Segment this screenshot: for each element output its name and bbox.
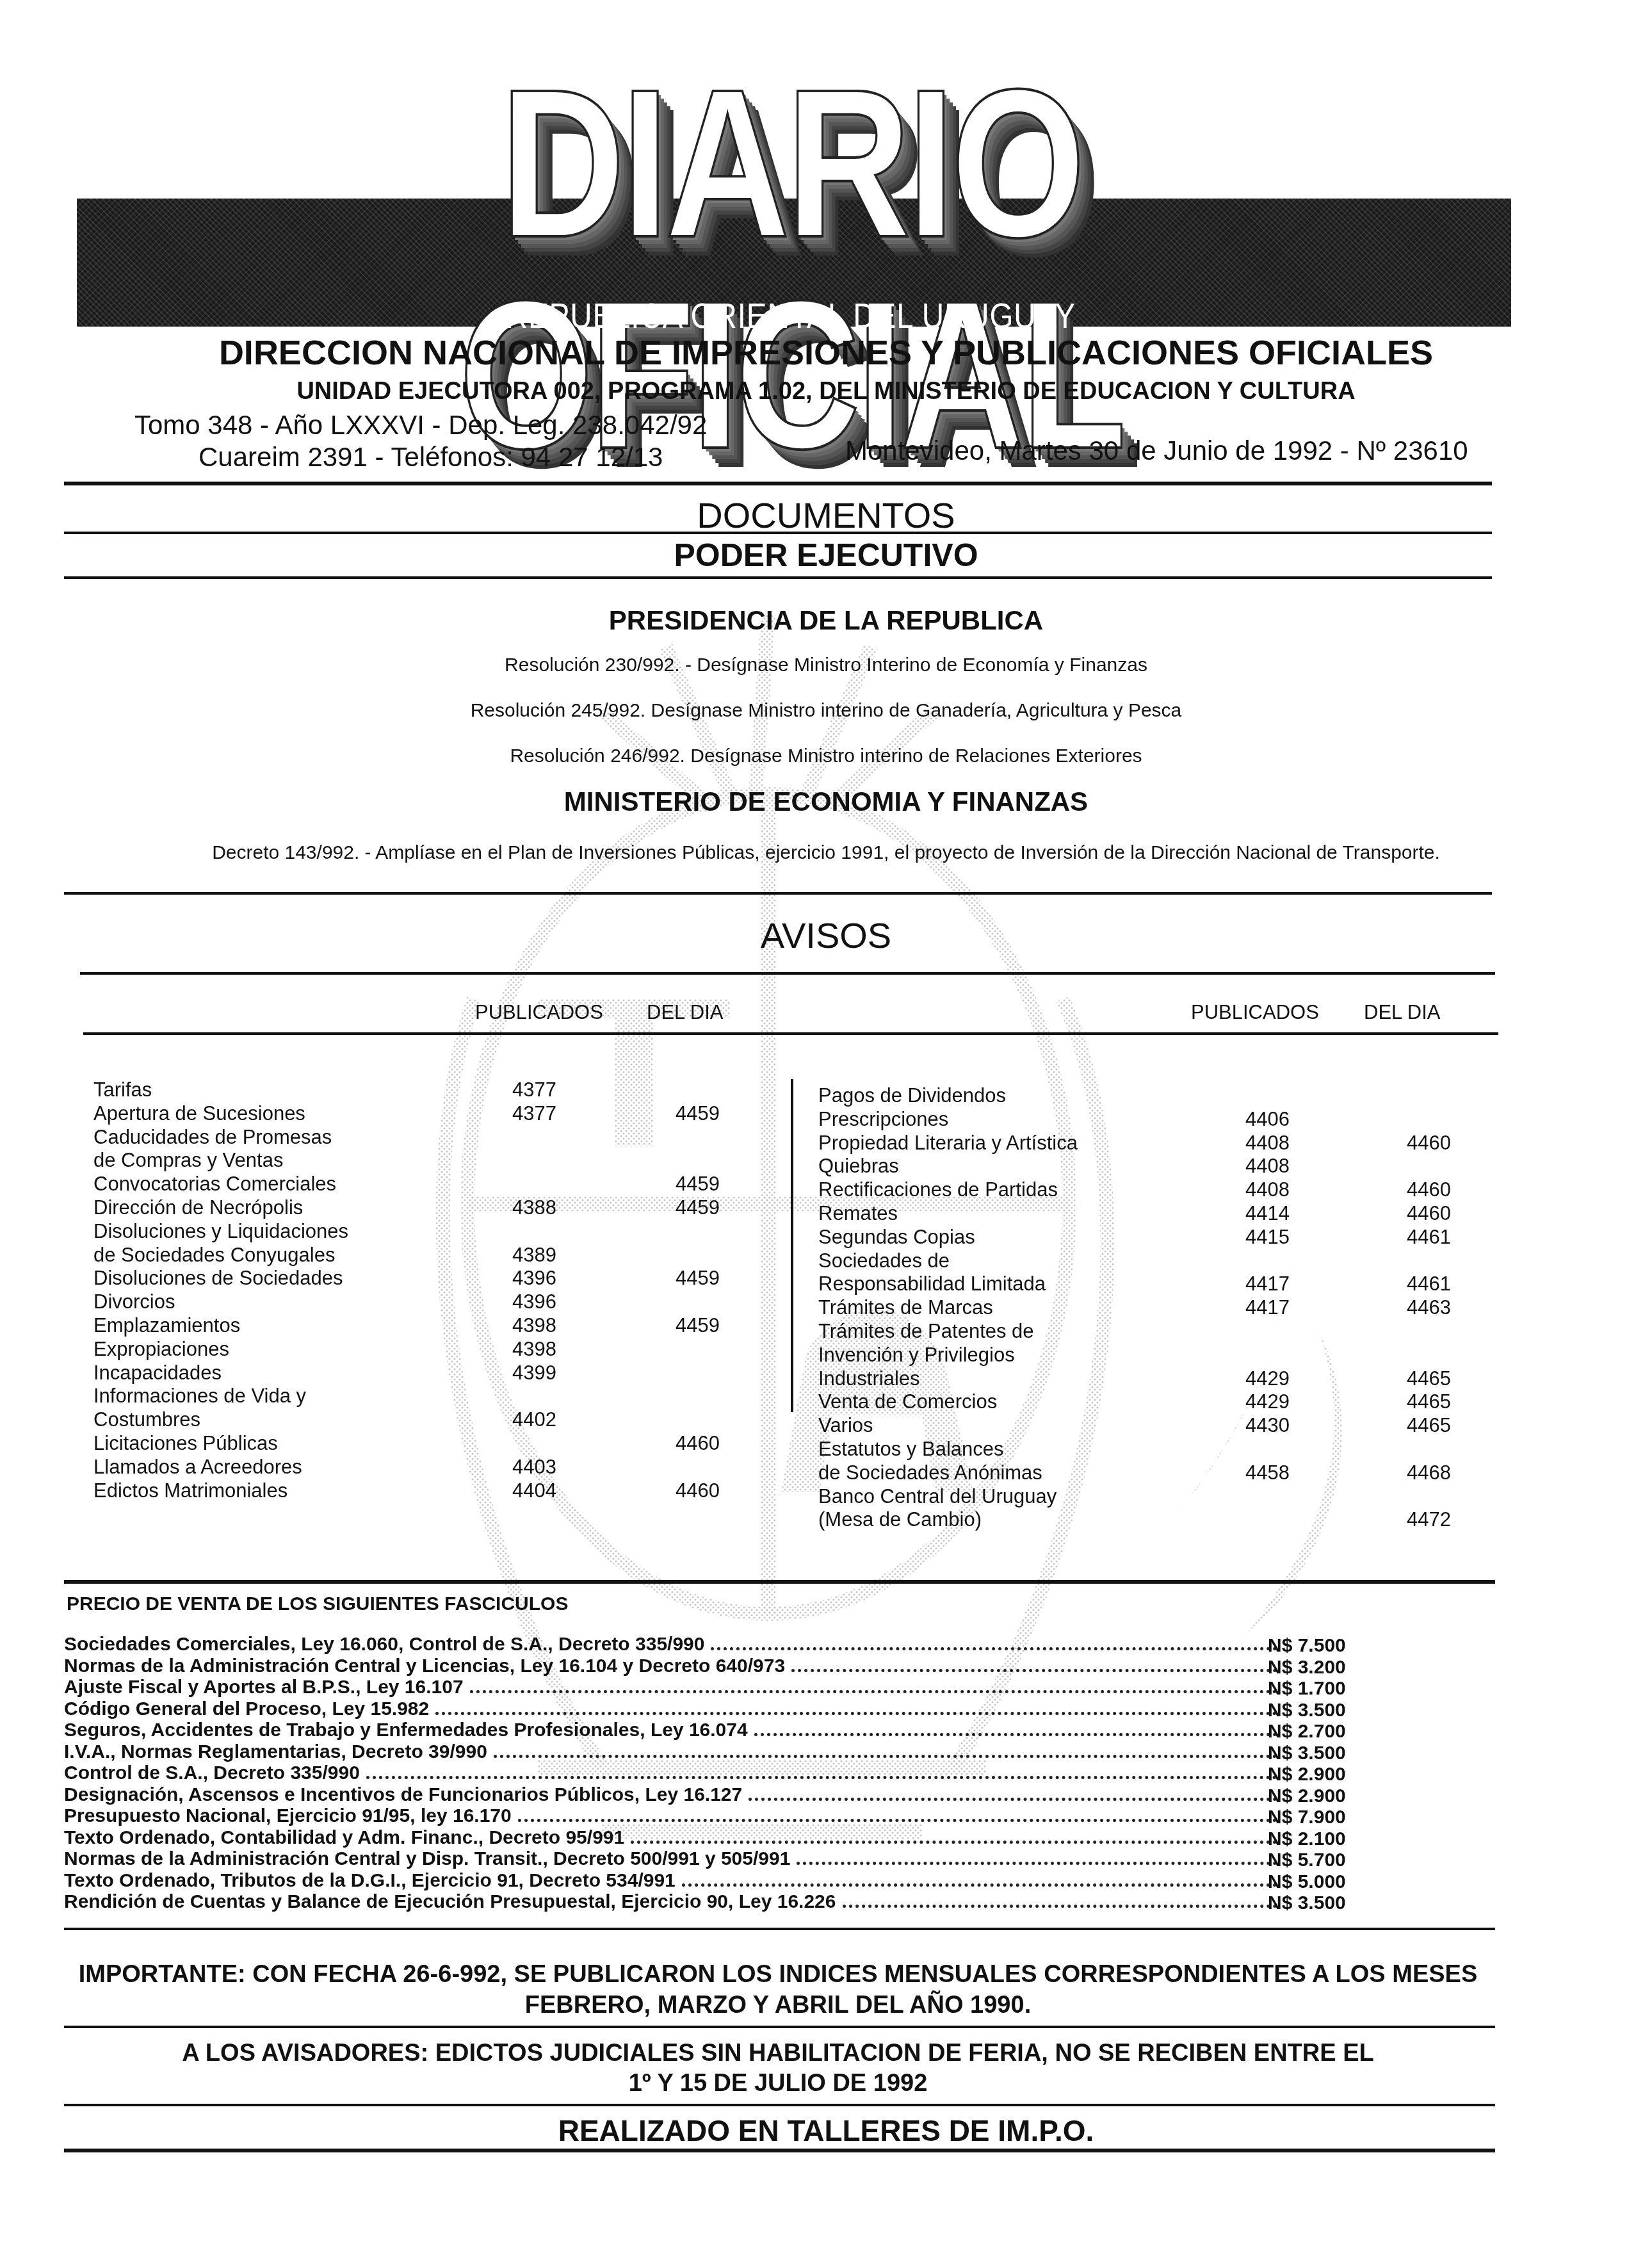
aviso-del-dia-page: 4468 [1407,1461,1451,1484]
aviso-publicados-page: 4403 [512,1456,556,1479]
aviso-publicados-page: 4406 [1245,1108,1290,1131]
aviso-category[interactable]: (Mesa de Cambio) [818,1508,982,1531]
fascicle-price: N$ 3.500 [1268,1700,1346,1721]
fascicle-price: N$ 1.700 [1268,1678,1346,1700]
aviso-category[interactable]: Sociedades de [818,1249,950,1272]
aviso-category[interactable]: Quiebras [818,1155,899,1178]
aviso-del-dia-page: 4459 [676,1196,720,1219]
aviso-del-dia-page: 4461 [1407,1272,1451,1296]
fascicle-price: N$ 7.500 [1268,1635,1346,1657]
divider [64,892,1492,895]
fascicle-title: Texto Ordenado, Tributos de la D.G.I., E… [64,1871,676,1890]
aviso-del-dia-page: 4460 [1407,1132,1451,1155]
fascicle-title: Ajuste Fiscal y Aportes al B.P.S., Ley 1… [64,1678,464,1697]
price-list-item[interactable]: Normas de la Administración Central y Li… [64,1657,1287,1676]
aviso-category[interactable]: Disoluciones y Liquidaciones [93,1220,348,1243]
price-list-title: PRECIO DE VENTA DE LOS SIGUIENTES FASCIC… [67,1593,568,1615]
aviso-category[interactable]: Dirección de Necrópolis [93,1196,303,1219]
important-notice-line2: FEBRERO, MARZO Y ABRIL DEL AÑO 1990. [64,1992,1492,2019]
aviso-del-dia-page: 4460 [676,1432,720,1455]
fascicle-price: N$ 2.900 [1268,1785,1346,1807]
aviso-category[interactable]: Convocatorias Comerciales [93,1173,336,1196]
price-list-item[interactable]: Código General del Proceso, Ley 15.982 [64,1700,1287,1719]
price-list-item[interactable]: Normas de la Administración Central y Di… [64,1850,1287,1869]
section-heading-presidencia: PRESIDENCIA DE LA REPUBLICA [0,605,1652,636]
divider [64,2104,1495,2106]
dot-leader [631,1841,1277,1844]
price-list-item[interactable]: Sociedades Comerciales, Ley 16.060, Cont… [64,1635,1287,1654]
aviso-category[interactable]: Varios [818,1414,873,1437]
price-list-item[interactable]: Seguros, Accidentes de Trabajo y Enferme… [64,1721,1287,1740]
aviso-category[interactable]: de Sociedades Conyugales [93,1244,335,1267]
price-list-item[interactable]: Designación, Ascensos e Incentivos de Fu… [64,1785,1287,1805]
col-header-publicados-left: PUBLICADOS [475,1001,603,1024]
aviso-publicados-page: 4398 [512,1314,556,1337]
price-list-item[interactable]: Ajuste Fiscal y Aportes al B.P.S., Ley 1… [64,1678,1287,1697]
aviso-del-dia-page: 4459 [676,1173,720,1196]
agency-name: DIRECCION NACIONAL DE IMPRESIONES Y PUBL… [0,333,1652,373]
aviso-del-dia-page: 4465 [1407,1367,1451,1390]
masthead: DIARIO OFICIAL REPUBLICA ORIENTAL DEL UR… [70,38,1511,320]
aviso-category[interactable]: Tarifas [93,1078,152,1102]
fascicle-price: N$ 2.700 [1268,1721,1346,1743]
aviso-publicados-page: 4398 [512,1338,556,1361]
aviso-category[interactable]: Costumbres [93,1408,200,1431]
printing-credit: REALIZADO EN TALLERES DE IM.P.O. [0,2113,1652,2148]
aviso-publicados-page: 4429 [1245,1367,1290,1390]
aviso-category[interactable]: Divorcios [93,1290,175,1313]
branch-title: PODER EJECUTIVO [0,537,1652,574]
dot-leader [711,1647,1277,1650]
dot-leader [843,1905,1277,1908]
aviso-category[interactable]: Trámites de Patentes de [818,1320,1034,1343]
aviso-category[interactable]: Venta de Comercios [818,1390,997,1413]
aviso-category[interactable]: Informaciones de Vida y [93,1385,306,1408]
fascicle-title: Control de S.A., Decreto 335/990 [64,1764,360,1783]
aviso-publicados-page: 4417 [1245,1296,1290,1319]
aviso-category[interactable]: Expropiaciones [93,1338,229,1361]
avisos-title: AVISOS [0,915,1652,956]
fascicle-title: Rendición de Cuentas y Balance de Ejecuc… [64,1892,836,1912]
dot-leader [754,1733,1277,1736]
aviso-del-dia-page: 4465 [1407,1414,1451,1437]
column-divider [791,1079,793,1412]
fascicle-title: Código General del Proceso, Ley 15.982 [64,1700,429,1719]
divider [80,972,1495,975]
divider [64,576,1492,579]
aviso-category[interactable]: Apertura de Sucesiones [93,1102,305,1125]
divider [64,2026,1495,2028]
aviso-category[interactable]: Prescripciones [818,1108,948,1131]
advertisers-notice-line2: 1º Y 15 DE JULIO DE 1992 [64,2070,1492,2097]
section-heading-economia: MINISTERIO DE ECONOMIA Y FINANZAS [0,786,1652,817]
aviso-category[interactable]: Propiedad Literaria y Artística [818,1132,1078,1155]
important-notice-line1: IMPORTANTE: CON FECHA 26-6-992, SE PUBLI… [64,1961,1492,1988]
fascicle-title: Presupuesto Nacional, Ejercicio 91/95, l… [64,1807,512,1826]
col-header-del-dia-left: DEL DIA [647,1001,723,1024]
aviso-publicados-page: 4429 [1245,1390,1290,1413]
fascicle-title: Normas de la Administración Central y Di… [64,1850,790,1869]
fascicle-price: N$ 5.700 [1268,1850,1346,1871]
aviso-publicados-page: 4388 [512,1196,556,1219]
dateline: Montevideo, Martes 30 de Junio de 1992 -… [845,435,1468,466]
aviso-del-dia-page: 4460 [1407,1178,1451,1201]
aviso-del-dia-page: 4465 [1407,1390,1451,1413]
dot-leader [518,1819,1277,1822]
divider [64,2149,1495,2152]
aviso-publicados-page: 4377 [512,1102,556,1125]
aviso-del-dia-page: 4459 [676,1267,720,1290]
dot-leader [749,1798,1277,1801]
price-list-item[interactable]: I.V.A., Normas Reglamentarias, Decreto 3… [64,1743,1287,1762]
aviso-category[interactable]: Disoluciones de Sociedades [93,1267,343,1290]
dot-leader [435,1712,1277,1715]
price-list-item[interactable]: Texto Ordenado, Tributos de la D.G.I., E… [64,1871,1287,1890]
dot-leader [366,1776,1277,1779]
aviso-category[interactable]: Segundas Copias [818,1226,975,1249]
volume-info: Tomo 348 - Año LXXXVI - Dep. Leg. 238.04… [134,410,707,441]
divider [64,1580,1495,1584]
aviso-publicados-page: 4377 [512,1078,556,1102]
aviso-category[interactable]: Responsabilidad Limitada [818,1272,1046,1296]
aviso-publicados-page: 4408 [1245,1132,1290,1155]
aviso-category[interactable]: Emplazamientos [93,1314,240,1337]
divider [64,1928,1495,1930]
price-list-item[interactable]: Rendición de Cuentas y Balance de Ejecuc… [64,1892,1287,1912]
price-list-item[interactable]: Presupuesto Nacional, Ejercicio 91/95, l… [64,1807,1287,1826]
aviso-del-dia-page: 4460 [1407,1202,1451,1225]
fascicle-price: N$ 2.900 [1268,1764,1346,1785]
dot-leader [791,1669,1277,1672]
fascicle-title: Sociedades Comerciales, Ley 16.060, Cont… [64,1635,704,1654]
aviso-publicados-page: 4408 [1245,1178,1290,1201]
fascicle-price: N$ 3.500 [1268,1743,1346,1764]
aviso-publicados-page: 4396 [512,1290,556,1313]
address-phone: Cuareim 2391 - Teléfonos: 94 27 12/13 [198,442,663,473]
aviso-category[interactable]: Rectificaciones de Partidas [818,1178,1058,1201]
aviso-category[interactable]: Incapacidades [93,1362,222,1385]
col-header-publicados-right: PUBLICADOS [1191,1001,1319,1024]
aviso-category[interactable]: Licitaciones Públicas [93,1432,278,1455]
aviso-category[interactable]: Edictos Matrimoniales [93,1479,287,1502]
price-list-item[interactable]: Texto Ordenado, Contabilidad y Adm. Fina… [64,1828,1287,1848]
executing-unit: UNIDAD EJECUTORA 002, PROGRAMA 1.02, DEL… [0,378,1652,405]
aviso-publicados-page: 4399 [512,1362,556,1385]
divider [64,532,1492,534]
aviso-del-dia-page: 4472 [1407,1508,1451,1531]
aviso-category[interactable]: de Compras y Ventas [93,1149,283,1172]
divider [83,1032,1498,1035]
documentos-title: DOCUMENTOS [0,494,1652,536]
fascicle-price: N$ 3.200 [1268,1657,1346,1679]
aviso-publicados-page: 4430 [1245,1414,1290,1437]
price-list-item[interactable]: Control de S.A., Decreto 335/990 [64,1764,1287,1783]
aviso-publicados-page: 4408 [1245,1155,1290,1178]
document-item[interactable]: Resolución 230/992. - Desígnase Ministro… [0,654,1652,676]
aviso-publicados-page: 4396 [512,1267,556,1290]
aviso-publicados-page: 4417 [1245,1272,1290,1296]
fascicle-title: Seguros, Accidentes de Trabajo y Enferme… [64,1721,748,1740]
aviso-publicados-page: 4404 [512,1479,556,1502]
fascicle-title: Normas de la Administración Central y Li… [64,1657,785,1676]
aviso-publicados-page: 4415 [1245,1226,1290,1249]
dot-leader [682,1883,1277,1887]
aviso-del-dia-page: 4460 [676,1479,720,1502]
aviso-publicados-page: 4458 [1245,1461,1290,1484]
aviso-del-dia-page: 4463 [1407,1296,1451,1319]
fascicle-title: Designación, Ascensos e Incentivos de Fu… [64,1785,742,1805]
aviso-category[interactable]: Industriales [818,1367,920,1390]
aviso-category[interactable]: de Sociedades Anónimas [818,1461,1042,1484]
aviso-publicados-page: 4389 [512,1244,556,1267]
aviso-category[interactable]: Pagos de Dividendos [818,1084,1006,1107]
aviso-category[interactable]: Estatutos y Balances [818,1438,1004,1461]
fascicle-price: N$ 7.900 [1268,1807,1346,1828]
aviso-del-dia-page: 4461 [1407,1226,1451,1249]
aviso-del-dia-page: 4459 [676,1102,720,1125]
fascicle-price: N$ 3.500 [1268,1892,1346,1914]
fascicle-title: Texto Ordenado, Contabilidad y Adm. Fina… [64,1828,624,1848]
aviso-category[interactable]: Trámites de Marcas [818,1296,993,1319]
aviso-category[interactable]: Remates [818,1202,898,1225]
divider [64,482,1492,485]
aviso-category[interactable]: Caducidades de Promesas [93,1126,332,1149]
col-header-del-dia-right: DEL DIA [1364,1001,1440,1024]
aviso-del-dia-page: 4459 [676,1314,720,1337]
dot-leader [470,1690,1277,1693]
masthead-subtitle: REPUBLICA ORIENTAL DEL URUGUAY [179,295,1404,336]
document-item[interactable]: Resolución 245/992. Desígnase Ministro i… [0,700,1652,722]
fascicle-title: I.V.A., Normas Reglamentarias, Decreto 3… [64,1743,487,1762]
aviso-category[interactable]: Llamados a Acreedores [93,1456,302,1479]
advertisers-notice-line1: A LOS AVISADORES: EDICTOS JUDICIALES SIN… [64,2040,1492,2067]
document-item[interactable]: Resolución 246/992. Desígnase Ministro i… [0,745,1652,767]
aviso-publicados-page: 4414 [1245,1202,1290,1225]
aviso-publicados-page: 4402 [512,1408,556,1431]
aviso-category[interactable]: Banco Central del Uruguay [818,1485,1057,1508]
document-item[interactable]: Decreto 143/992. - Amplíase en el Plan d… [0,842,1652,864]
fascicle-price: N$ 5.000 [1268,1871,1346,1893]
aviso-category[interactable]: Invención y Privilegios [818,1344,1015,1367]
dot-leader [797,1862,1277,1865]
dot-leader [494,1755,1277,1758]
fascicle-price: N$ 2.100 [1268,1828,1346,1850]
